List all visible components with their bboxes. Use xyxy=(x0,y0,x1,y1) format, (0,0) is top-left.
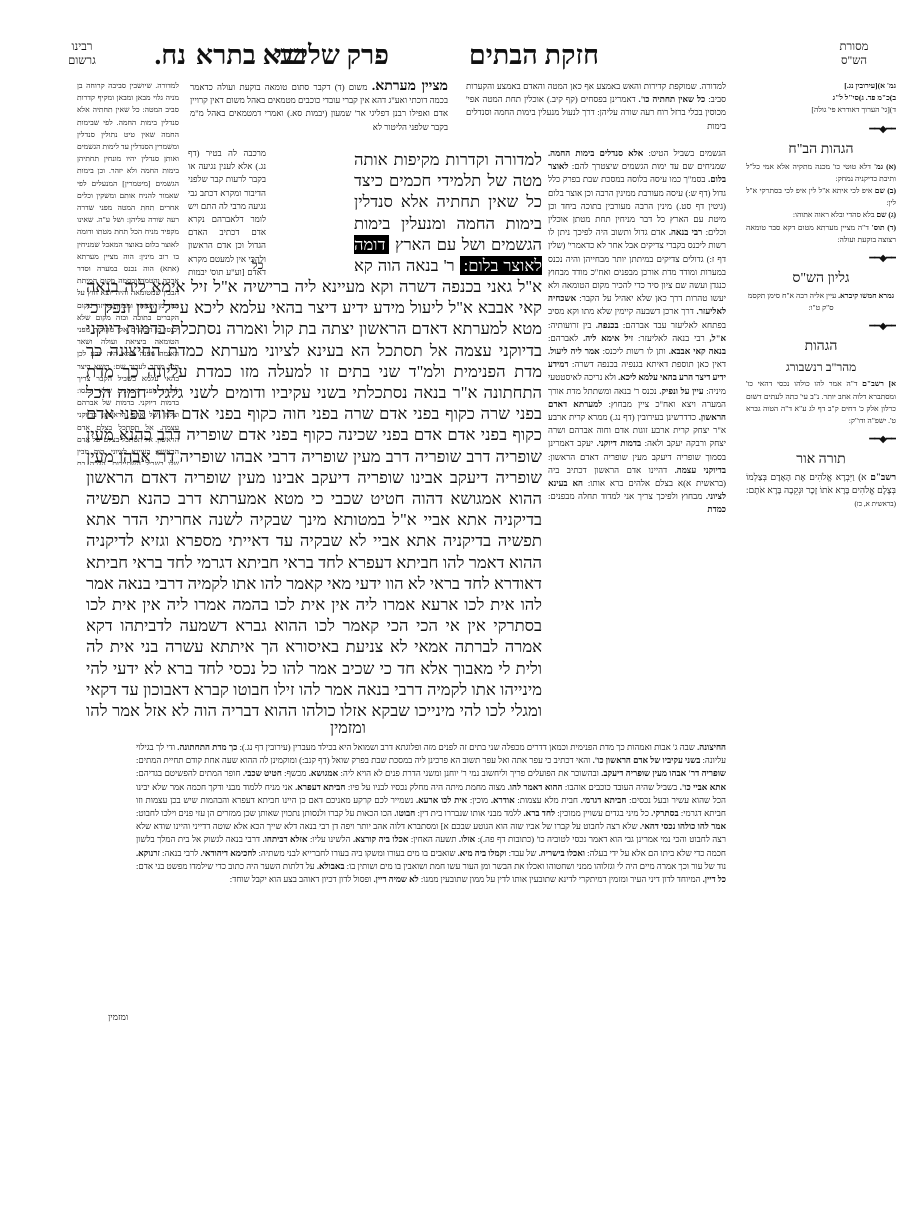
ornament-divider: ━━◆━━ xyxy=(746,433,896,447)
rashbam-commentary-bottom: החיצונה. שבה ג' אבות ואמהות כך מדת הפנימ… xyxy=(136,741,726,1016)
gilyon-hashas-title: גליון הש"ס xyxy=(746,270,896,288)
hagahot-subtitle: מהר"ב רנשבורג xyxy=(746,358,896,376)
torah-or-note: רשב"ם א) וַיִּבְרָא אֱלֹהִים אֶת הָאָדָם… xyxy=(746,471,896,511)
hagahot-bach-item: (ג) שם בלא סהדי ובלא ראוה אתוהו: xyxy=(746,209,896,221)
outer-margin-notes: גמ' א)[עירובין נג.] ב)כ"מ פד. ג)סי"ל ל"ג… xyxy=(746,80,896,660)
rabbeinu-gershom-label: רבינו גרשום xyxy=(52,40,112,68)
hagahot-bach-item: (א) גמ' דלא טוטי כו' מכנה מתקיה אלא אמי … xyxy=(746,161,896,185)
hagahot-ranschburg-note: א] רשב"ם ד"ה אמר להו כולהו נכסי דהאי כו'… xyxy=(746,378,896,427)
chapter-name: חזקת הבתים xyxy=(469,38,599,72)
masoret-ref: ב)כ"מ פד. ג)סי"ל ל"ג xyxy=(746,92,896,104)
hagahot-title: הגהות xyxy=(746,338,896,356)
rashbam-commentary-side: הגשמים בשביל הטיט: אלא סנדלים בימות החמה… xyxy=(548,147,726,739)
tosafot-catchword: כל xyxy=(252,258,263,273)
gilyon-hashas-note: גמרא חמשו קיברא. עיין אליה רבה א"ח סימן … xyxy=(746,290,896,314)
rashbam-commentary-top: למדורה. שמוקפת קדירות והאש באמצע אף כאן … xyxy=(466,80,726,146)
ornament-divider: ━━◆━━ xyxy=(746,252,896,266)
ornament-divider: ━━◆━━ xyxy=(746,320,896,334)
gemara-text-main: א"ל גאני בכנפה דשרה וקא מעיינא ליה ברישי… xyxy=(86,276,542,720)
tosafot-dibur-hamatchil: מציין מערתא. xyxy=(372,80,448,94)
hagahot-bach-title: הגהות הב"ח xyxy=(746,141,896,159)
page-header: מסורת הש"ס חזקת הבתים פרק שלישי בבא בתרא… xyxy=(0,38,914,78)
masechet-title: בבא בתרא xyxy=(196,38,306,72)
gemara-catchword: ומזמין xyxy=(330,720,366,738)
gemara-text-narrow: למדורה וקדרות מקיפות אותה מטה של תלמידי … xyxy=(354,149,542,276)
masoret-refs: גמ' א)[עירובין נג.] ב)כ"מ פד. ג)סי"ל ל"ג… xyxy=(746,80,896,117)
torah-or-title: תורה אור xyxy=(746,451,896,469)
hagahot-bach-item: (ד) תוס' ד"ה מציין מערתא מטום דקא סבר טו… xyxy=(746,222,896,246)
masoret-ref: ד)[גי' הערוך דאודרא פי' גולה] xyxy=(746,104,896,116)
daf-number: נח. xyxy=(154,38,186,72)
talmud-page: מסורת הש"ס חזקת הבתים פרק שלישי בבא בתרא… xyxy=(0,0,914,1213)
tosafot-commentary-top: מציין מערתא. משום (ד) דקבר סתום טומאה בו… xyxy=(190,80,448,146)
ornament-divider: ━━◆━━ xyxy=(746,123,896,137)
masoret-ref: גמ' א)[עירובין נג.] xyxy=(746,80,896,92)
hagahot-bach-item: (ב) שם איפ לכי איתא א"ל לין איפ לכי בסתר… xyxy=(746,185,896,209)
rashbam-catchword: ומזמין xyxy=(108,1012,128,1022)
masoret-hashas-label: מסורת הש"ס xyxy=(824,40,884,68)
